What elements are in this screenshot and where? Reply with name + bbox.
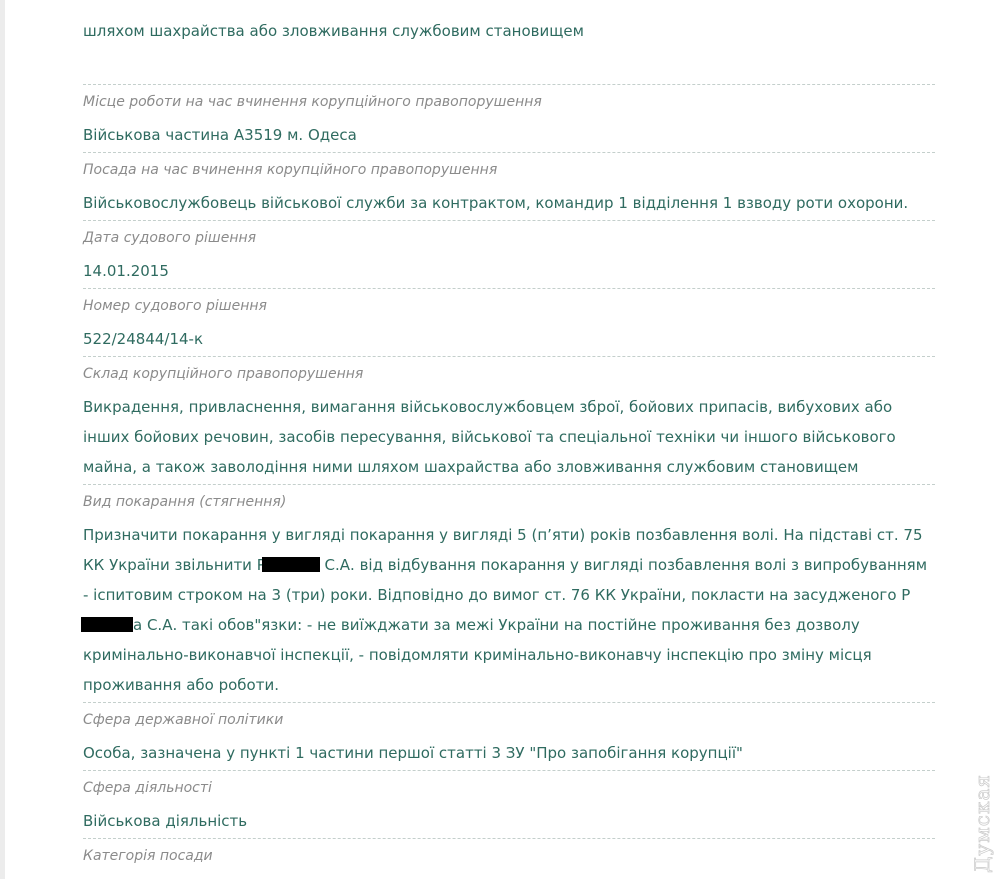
- previous-field-value: шляхом шахрайства або зловживання службо…: [83, 16, 935, 85]
- field-value: Викрадення, привласнення, вимагання війс…: [83, 392, 935, 484]
- field-value: Призначити покарання у вигляді покарання…: [83, 520, 935, 702]
- field-label: Вид покарання (стягнення): [83, 485, 935, 520]
- field-label: Номер судового рішення: [83, 289, 935, 324]
- field-position-category: Категорія посади: [83, 839, 935, 874]
- field-value: Військовослужбовець військової служби за…: [83, 188, 935, 220]
- field-label: Сфера діяльності: [83, 771, 935, 806]
- declaration-record: шляхом шахрайства або зловживання службо…: [83, 0, 935, 874]
- field-workplace: Місце роботи на час вчинення корупційног…: [83, 85, 935, 153]
- field-value: 14.01.2015: [83, 256, 935, 288]
- field-punishment-type: Вид покарання (стягнення) Призначити пок…: [83, 485, 935, 703]
- redacted-name-block: [262, 557, 320, 572]
- field-label: Посада на час вчинення корупційного прав…: [83, 153, 935, 188]
- field-activity-area: Сфера діяльності Військова діяльність: [83, 771, 935, 839]
- page-left-border: [0, 0, 5, 879]
- field-label: Категорія посади: [83, 839, 935, 874]
- field-label: Місце роботи на час вчинення корупційног…: [83, 85, 935, 120]
- field-value: Військова діяльність: [83, 806, 935, 838]
- field-label: Дата судового рішення: [83, 221, 935, 256]
- field-position: Посада на час вчинення корупційного прав…: [83, 153, 935, 221]
- field-offense-composition: Склад корупційного правопорушення Викрад…: [83, 357, 935, 485]
- field-label: Сфера державної політики: [83, 703, 935, 738]
- field-value: 522/24844/14-к: [83, 324, 935, 356]
- field-decision-date: Дата судового рішення 14.01.2015: [83, 221, 935, 289]
- field-state-policy-area: Сфера державної політики Особа, зазначен…: [83, 703, 935, 771]
- field-value: Особа, зазначена у пункті 1 частини перш…: [83, 738, 935, 770]
- previous-value-cutoff: [83, 0, 935, 16]
- field-label: Склад корупційного правопорушення: [83, 357, 935, 392]
- punishment-text-part: а С.А. такі обов"язки: - не виїжджати за…: [83, 616, 872, 694]
- field-value: Військова частина А3519 м. Одеса: [83, 120, 935, 152]
- field-decision-number: Номер судового рішення 522/24844/14-к: [83, 289, 935, 357]
- redacted-name-block: [81, 617, 133, 632]
- watermark-logo: Думская: [970, 774, 994, 873]
